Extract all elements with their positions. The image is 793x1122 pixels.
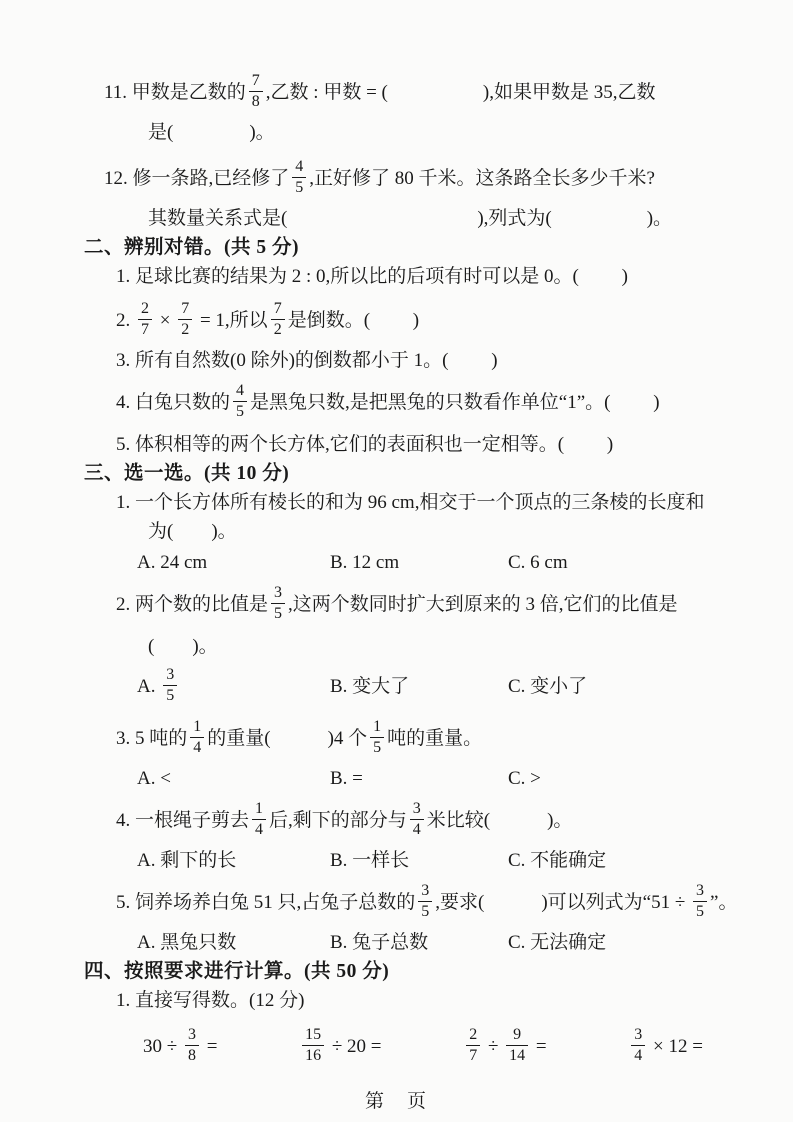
option-a: A. < (137, 765, 330, 792)
option-c: C. 不能确定 (508, 847, 793, 874)
option-c: C. > (508, 765, 793, 792)
calculation-row: 30 ÷ 38 = 1516 ÷ 20 = 27 ÷ 914 = 34 × 12… (143, 1020, 703, 1073)
section-2-item-3: 3. 所有自然数(0 除外)的倒数都小于 1。( ) (116, 347, 793, 374)
section-3-q1-line-1: 1. 一个长方体所有棱长的和为 96 cm,相交于一个顶点的三条棱的长度和 (116, 489, 793, 516)
option-c: C. 无法确定 (508, 929, 793, 956)
fraction-2-7: 27 (138, 301, 152, 338)
fraction-7-8: 78 (249, 73, 263, 110)
section-3-q2-options: A. 35 B. 变大了 C. 变小了 (137, 662, 793, 712)
option-a: A. 24 cm (137, 549, 330, 576)
section-3-q1-line-2: 为( )。 (148, 518, 793, 545)
section-2-title: 二、辨别对错。(共 5 分) (84, 234, 793, 261)
section-3-q2-line-1: 2. 两个数的比值是35,这两个数同时扩大到原来的 3 倍,它们的比值是 (116, 578, 793, 631)
section-2-item-4: 4. 白兔只数的45是黑兔只数,是把黑兔的只数看作单位“1”。( ) (116, 376, 793, 429)
section-3-title: 三、选一选。(共 10 分) (84, 460, 793, 487)
fraction-9-14: 914 (506, 1027, 528, 1064)
section-3-q3-line-1: 3. 5 吨的14的重量( )4 个15吨的重量。 (116, 712, 793, 765)
section-2-item-5: 5. 体积相等的两个长方体,它们的表面积也一定相等。( ) (116, 431, 793, 458)
fraction-15-16: 1516 (302, 1027, 324, 1064)
question-11-line-2: 是( )。 (148, 119, 793, 146)
question-12-line-2: 其数量关系式是( ),列式为( )。 (148, 205, 793, 232)
section-3-q4-options: A. 剩下的长 B. 一样长 C. 不能确定 (137, 847, 793, 874)
section-3-q3-options: A. < B. = C. > (137, 765, 793, 792)
option-b: B. 兔子总数 (330, 929, 508, 956)
section-2-item-2: 2. 27 × 72 = 1,所以72是倒数。( ) (116, 294, 793, 347)
fraction-1-4: 14 (252, 801, 266, 838)
fraction-3-4: 34 (410, 801, 424, 838)
option-a: A. 剩下的长 (137, 847, 330, 874)
section-3-q2-line-2: ( )。 (148, 633, 793, 660)
question-11-line-1: 11. 甲数是乙数的78,乙数 : 甲数 = ( ),如果甲数是 35,乙数 (104, 66, 793, 119)
fraction-2-7: 27 (466, 1027, 480, 1064)
option-a: A. 35 (137, 662, 330, 712)
section-3-q4-line-1: 4. 一根绳子剪去14后,剩下的部分与34米比较( )。 (116, 794, 793, 847)
section-3-q1-options: A. 24 cm B. 12 cm C. 6 cm (137, 549, 793, 576)
fraction-3-5: 35 (693, 883, 707, 920)
test-paper-page: 11. 甲数是乙数的78,乙数 : 甲数 = ( ),如果甲数是 35,乙数 是… (0, 0, 793, 1122)
section-4-title: 四、按照要求进行计算。(共 50 分) (84, 958, 793, 985)
option-b: B. 变大了 (330, 662, 508, 712)
fraction-4-5: 45 (292, 159, 306, 196)
fraction-3-8: 38 (185, 1027, 199, 1064)
section-3-q5-line-1: 5. 饲养场养白兔 51 只,占兔子总数的35,要求( )可以列式为“51 ÷ … (116, 876, 793, 929)
fraction-7-2: 72 (271, 301, 285, 338)
fraction-3-5: 35 (271, 585, 285, 622)
option-b: B. 12 cm (330, 549, 508, 576)
option-b: B. 一样长 (330, 847, 508, 874)
fraction-3-4: 34 (631, 1027, 645, 1064)
option-b: B. = (330, 765, 508, 792)
fraction-7-2: 72 (178, 301, 192, 338)
option-c: C. 6 cm (508, 549, 793, 576)
fraction-3-5: 35 (163, 667, 177, 704)
fraction-1-5: 15 (370, 719, 384, 756)
calc-expression-2: 1516 ÷ 20 = (299, 1020, 381, 1073)
section-3-q5-options: A. 黑兔只数 B. 兔子总数 C. 无法确定 (137, 929, 793, 956)
calc-expression-1: 30 ÷ 38 = (143, 1020, 217, 1073)
option-a: A. 黑兔只数 (137, 929, 330, 956)
fraction-3-5: 35 (418, 883, 432, 920)
calc-expression-3: 27 ÷ 914 = (463, 1020, 546, 1073)
fraction-1-4: 14 (190, 719, 204, 756)
calc-expression-4: 34 × 12 = (628, 1020, 703, 1073)
section-4-sub-1-label: 1. 直接写得数。(12 分) (116, 987, 793, 1014)
fraction-4-5: 45 (233, 383, 247, 420)
section-2-item-1: 1. 足球比赛的结果为 2 : 0,所以比的后项有时可以是 0。( ) (116, 263, 793, 290)
question-12-line-1: 12. 修一条路,已经修了45,正好修了 80 千米。这条路全长多少千米? (104, 152, 793, 205)
page-number-footer: 第 页 (0, 1086, 793, 1113)
option-c: C. 变小了 (508, 662, 793, 712)
